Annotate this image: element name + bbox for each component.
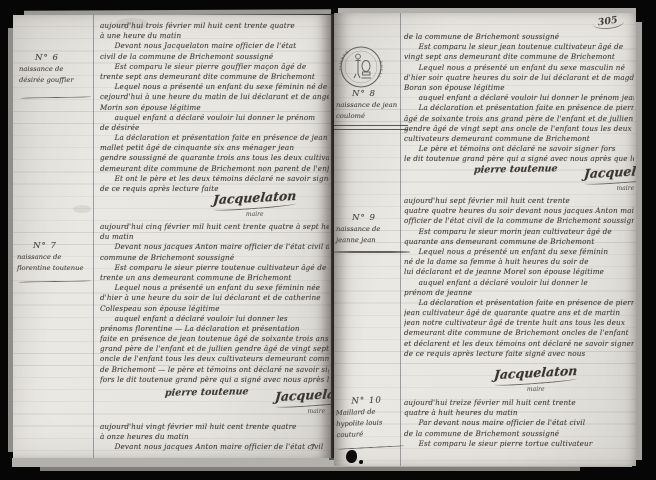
act-text-line: de désirée xyxy=(100,123,329,133)
act-7-signature-row: pierre toutenue Jacquelaton maire xyxy=(165,387,331,415)
margin-note-line: jeanne jean xyxy=(336,235,400,246)
margin-note-act-9: N° 9naissance dejeanne jean xyxy=(336,213,400,246)
margin-note-line: désirée gouffier xyxy=(19,75,91,86)
act-text-line: officier de l'état civil de la commune d… xyxy=(404,216,634,226)
act-text-line: cejourd'hui à une heure du matin de lui … xyxy=(100,92,329,102)
act-8-body-start: aujourd'hui vingt février mil huit cent … xyxy=(100,422,329,456)
margin-note-line: N° 7 xyxy=(17,241,93,252)
act-text-line: quatre quatre heures du soir devant nous… xyxy=(404,206,634,216)
act-text-line: aujourd'hui sept février mil huit cent t… xyxy=(404,196,634,206)
act-text-line: Lequel nous a présenté un enfant du sexe… xyxy=(100,82,329,92)
act-text-line: Et ont le père et les deux témoins décla… xyxy=(100,174,329,184)
act-text-line: jean cultivateur âgé de quarante quatre … xyxy=(404,308,634,318)
register-scan: N° 6naissance dedésirée gouffier aujourd… xyxy=(0,0,656,480)
act-6-body: aujourd'hui trois février mil huit cent … xyxy=(100,21,329,197)
catchword: 7 xyxy=(310,443,315,452)
act-text-line: Par devant nous maire officier de l'état… xyxy=(404,418,634,428)
act-text-line: à onze heures du matin xyxy=(100,432,329,442)
act-text-line: trente sept ans demeurant dite commune d… xyxy=(100,72,329,82)
act-text-line: à une heure du matin xyxy=(100,31,329,41)
margin-note-line: naissance de jean xyxy=(336,100,400,111)
signature-block: Jacquelaton maire xyxy=(494,365,577,393)
act-7-body: aujourd'hui cinq février mil huit cent t… xyxy=(100,222,329,386)
margin-note-line: coulomé xyxy=(336,111,400,122)
signature-caption: maire xyxy=(494,386,577,393)
act-text-line: le dit toutenue grand père qui a signé a… xyxy=(404,154,634,164)
act-text-line: cultivateurs demeurant commune de Briche… xyxy=(404,134,634,144)
act-9-signature-row: Jacquelaton maire xyxy=(494,365,577,393)
timbre-royal-stamp-icon: TIMBRE ROYAL xyxy=(338,44,384,90)
right-margin-rule xyxy=(400,13,401,466)
act-text-line: Devant nous Jacquelaton maire officier d… xyxy=(100,41,329,51)
act-text-line: aujourd'hui treize février mil huit cent… xyxy=(404,398,634,408)
act-9-body: aujourd'hui sept février mil huit cent t… xyxy=(404,196,634,360)
act-text-line: auquel enfant a déclaré vouloir lui donn… xyxy=(404,93,634,103)
margin-note-act-7-underline xyxy=(19,280,91,282)
svg-text:ROYAL: ROYAL xyxy=(376,60,384,80)
signature-caption: maire xyxy=(213,211,296,218)
act-text-line: civil de la commune de Brichemont soussi… xyxy=(100,52,329,62)
right-page: 305 TIMBRE ROYAL N° 8naissance de jeanco… xyxy=(334,13,636,466)
act-text-line: aujourd'hui cinq février mil huit cent t… xyxy=(100,222,329,232)
act-text-line: et déclarent et les deux témoins ont déc… xyxy=(404,339,634,349)
act-text-line: Est comparu le sieur pierre gouffier maç… xyxy=(100,62,329,72)
act-text-line: auquel enfant a déclaré vouloir lui donn… xyxy=(100,113,329,123)
margin-note-line: naissance de xyxy=(336,224,400,235)
margin-note-act-6-underline xyxy=(21,96,91,98)
stamp-text-left: TIMBRE xyxy=(338,49,350,71)
act-text-line: Est comparu le sieur pierre toutenue cul… xyxy=(100,263,329,273)
act-text-line: La déclaration et présentation faite en … xyxy=(404,103,634,113)
act-text-line: faite en présence de jean toutenue âgé d… xyxy=(100,334,329,344)
act-text-line: lui déclarant et de jeanne Morel son épo… xyxy=(404,267,634,277)
ink-blot-small xyxy=(359,460,363,464)
act-text-line: Devant nous jacques Anton maire officier… xyxy=(100,442,329,452)
act-text-line: quatre à huit heures du matin xyxy=(404,408,634,418)
act-text-line: trente un ans demeurant commune de Brich… xyxy=(100,273,329,283)
act-text-line: auquel enfant a déclaré vouloir lui donn… xyxy=(404,278,634,288)
act-8-signature-row: pierre toutenue Jacquelaton maire xyxy=(474,164,636,192)
act-text-line: âgé de soixante trois ans grand père de … xyxy=(404,114,634,124)
act-text-line: de ce requis après lecture faite signé a… xyxy=(404,349,634,359)
margin-note-act-7: N° 7naissance deflorentine toutenue xyxy=(17,241,93,274)
act-text-line: demeurant dite commune de Brichemont onc… xyxy=(404,328,634,338)
left-margin-rule xyxy=(93,15,94,458)
act-10-body: aujourd'hui treize février mil huit cent… xyxy=(404,398,634,466)
witness-signature: pierre toutenue xyxy=(474,163,559,175)
margin-note-act-8: N° 8naissance de jeancoulomé xyxy=(336,89,400,122)
margin-note-act-8-underline xyxy=(334,125,408,130)
act-text-line: de la commune de Brichemont soussigné xyxy=(404,429,634,439)
signature-block: Jacquelaton maire xyxy=(584,164,636,192)
act-text-line: Lequel nous a présenté un enfant du sexe… xyxy=(404,247,634,257)
act-text-line: Collespeau son épouse légitime xyxy=(100,304,329,314)
act-text-line: prénoms florentine — La déclaration et p… xyxy=(100,324,329,334)
act-text-line: fors le dit toutenue grand père qui a si… xyxy=(100,375,329,385)
act-text-line: Est comparu le sieur jean toutenue culti… xyxy=(404,42,634,52)
act-text-line: de Brichemont — le père et témoins ont d… xyxy=(100,365,329,375)
act-text-line: Devant nous jacques Anton maire officier… xyxy=(100,242,329,252)
act-text-line: aujourd'hui trois février mil huit cent … xyxy=(100,21,329,31)
act-text-line: gendre soussigné de quarante trois ans t… xyxy=(100,153,329,163)
ink-blot xyxy=(346,450,357,463)
act-8-body: de la commune de Brichemont soussigné Es… xyxy=(404,32,634,166)
act-text-line: quarante ans demeurant commune de Briche… xyxy=(404,237,634,247)
act-6-signature-row: Jacquelaton maire xyxy=(213,190,296,218)
margin-note-act-10-underline xyxy=(338,445,404,449)
signature-block: Jacquelaton maire xyxy=(213,190,296,218)
margin-note-act-9-underline xyxy=(334,251,410,253)
act-text-line: jean notre cultivateur âgé de trente hui… xyxy=(404,318,634,328)
left-page: N° 6naissance dedésirée gouffier aujourd… xyxy=(13,15,331,458)
act-text-line: aujourd'hui vingt février mil huit cent … xyxy=(100,422,329,432)
svg-text:TIMBRE: TIMBRE xyxy=(338,49,350,71)
signature-caption: maire xyxy=(275,408,331,415)
page-stack-edge-bottom-2 xyxy=(40,467,580,471)
act-text-line: gendre âgé de vingt sept ans oncle de l'… xyxy=(404,124,634,134)
act-text-line: Boran son épouse légitime xyxy=(404,83,634,93)
act-text-line: d'hier à une heure du soir de lui déclar… xyxy=(100,293,329,303)
act-text-line: demeurant dite commune de Brichemont non… xyxy=(100,164,329,174)
margin-note-line: couturé xyxy=(336,428,400,441)
act-text-line: prénom de jeanne xyxy=(404,288,634,298)
stamp-text-right: ROYAL xyxy=(376,60,384,80)
margin-note-act-10: N° 10Maillard dehypolite louiscouturé xyxy=(335,395,400,441)
act-text-line: auquel enfant a déclaré vouloir lui donn… xyxy=(100,314,329,324)
act-text-line: Lequel nous a présenté un enfant du sexe… xyxy=(100,283,329,293)
act-text-line: La déclaration et présentation faite en … xyxy=(100,133,329,143)
margin-note-act-6: N° 6naissance dedésirée gouffier xyxy=(19,53,91,86)
folio-number: 305 xyxy=(591,14,624,31)
margin-note-line: N° 9 xyxy=(336,213,400,224)
paper-stain xyxy=(73,205,91,213)
act-text-line: grand père de l'enfant et de jullien gen… xyxy=(100,344,329,354)
act-text-line: Lequel nous a présenté un enfant du sexe… xyxy=(404,63,634,73)
margin-note-line: naissance de xyxy=(17,252,93,263)
act-text-line: Le père et témoins ont déclaré ne savoir… xyxy=(404,144,634,154)
act-text-line: du matin xyxy=(100,232,329,242)
act-text-line: Morin son épouse légitime xyxy=(100,103,329,113)
page-stack-edge-right xyxy=(636,22,642,460)
margin-note-line: N° 6 xyxy=(19,53,91,64)
margin-note-line: naissance de xyxy=(19,64,91,75)
act-text-line: vingt sept ans demeurant dite commune de… xyxy=(404,52,634,62)
act-text-line: de la commune de Brichemont soussigné xyxy=(404,32,634,42)
signature-caption: maire xyxy=(584,185,636,192)
act-text-line: La déclaration et présentation faite en … xyxy=(404,298,634,308)
margin-note-line: florentine toutenue xyxy=(17,263,93,274)
act-text-line: d'hier soir quatre heures du soir de lui… xyxy=(404,73,634,83)
act-text-line: oncle de l'enfant tous les deux cultivat… xyxy=(100,354,329,364)
witness-signature: pierre toutenue xyxy=(165,386,250,398)
act-text-line: mallet petit âgé de cinquante six ans mé… xyxy=(100,143,329,153)
signature-block: Jacquelaton maire xyxy=(275,387,331,415)
act-text-line: Est comparu le sieur pierre tortue culti… xyxy=(404,439,634,449)
act-text-line: Est comparu le sieur morin jean cultivat… xyxy=(404,227,634,237)
act-text-line: commune de Brichemont soussigné xyxy=(100,253,329,263)
margin-note-line: N° 8 xyxy=(336,89,400,100)
act-text-line: né de la dame sa femme à huit heures du … xyxy=(404,257,634,267)
